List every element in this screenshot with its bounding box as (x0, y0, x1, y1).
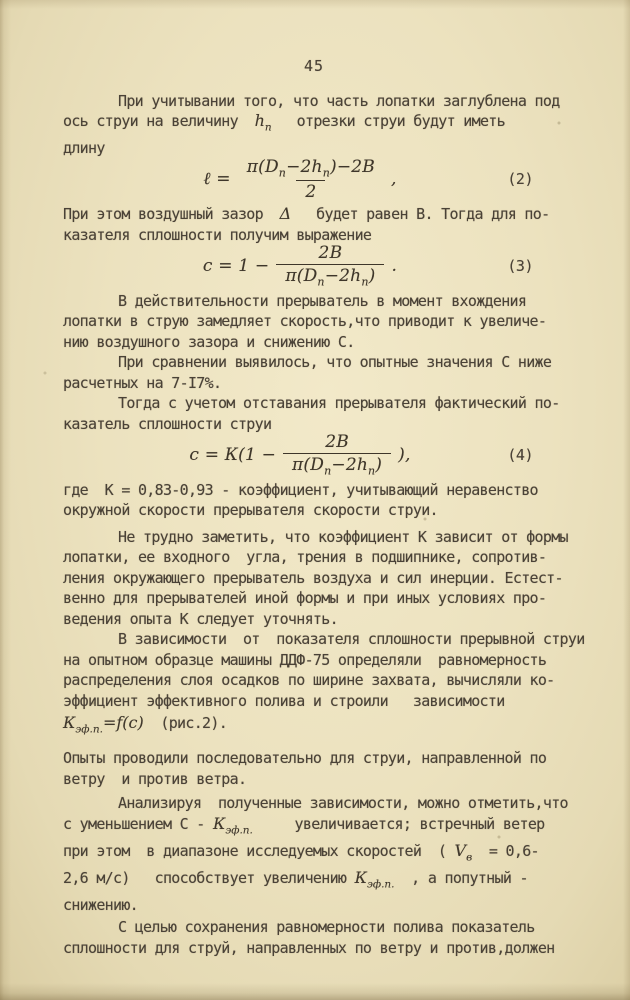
text-line: ведения опыта К следует уточнять. (63, 609, 565, 630)
paragraph: При этом воздушный зазор Δ будет равен В… (63, 204, 565, 245)
text-segment: (рис.2). (144, 714, 227, 732)
paragraph: При учитывании того, что часть лопатки з… (63, 91, 565, 159)
equation-number: (4) (507, 446, 533, 464)
math-subscript: п (324, 465, 331, 478)
text-line: Тогда с учетом отставания прерывателя фа… (63, 393, 565, 414)
text-line: на опытном образце машины ДДФ-75 определ… (63, 650, 565, 671)
equation-4: c = К(1 − 2В π(Dп−2hп) ), (4) (63, 432, 565, 478)
math-fc: =f(с) (103, 713, 144, 732)
math-symbol-k-ef: Кэф.п. (355, 868, 395, 887)
math-term: π(D (292, 455, 324, 475)
math-subscript: эф.п. (367, 878, 395, 890)
text-line: эффициент эффективного полива и строили … (63, 691, 565, 712)
paragraph: Тогда с учетом отставания прерывателя фа… (63, 393, 565, 434)
text-segment: увеличивается; встречный ветер (253, 815, 545, 833)
fraction-denominator: 2 (296, 180, 325, 202)
math-term: −2h (331, 455, 368, 475)
math-subscript: п (317, 276, 324, 289)
equation-body: c = 1 − 2В π(Dп−2hп) . (203, 243, 397, 289)
text-line: ления окружающего прерыватель воздуха и … (63, 568, 565, 589)
fraction: π(Dп−2hп)−2В 2 (238, 157, 384, 203)
fraction: 2В π(Dп−2hп) (283, 432, 391, 478)
equation-lhs: ℓ = (203, 169, 230, 189)
text-segment: , а попутный - (395, 869, 528, 887)
text-line: венно для прерывателей иной формы и при … (63, 588, 565, 609)
fraction-numerator: 2В (310, 243, 352, 264)
math-term: ) (369, 266, 376, 286)
text-segment: при этом в диапазоне исследуемых скорост… (63, 842, 455, 860)
text-line: распределения слоя осадков по ширине зах… (63, 670, 565, 691)
equation-2: ℓ = π(Dп−2hп)−2В 2 , (2) (63, 157, 565, 203)
fraction-denominator: π(Dп−2hп) (283, 453, 391, 478)
math-term: ) (375, 455, 382, 475)
paragraph: Анализируя полученные зависимости, можно… (63, 793, 565, 915)
text-segment: 2,6 м/с) способствует увеличению (63, 869, 355, 887)
math-subscript: п (265, 122, 272, 134)
equation-tail: . (391, 256, 397, 276)
equation-3: c = 1 − 2В π(Dп−2hп) . (3) (63, 243, 565, 289)
text-segment: отрезки струи будут иметь (272, 112, 505, 130)
text-line: При этом воздушный зазор Δ будет равен В… (63, 204, 565, 225)
document-page: 45 При учитывании того, что часть лопатк… (0, 0, 630, 1000)
text-line: В действительности прерыватель в момент … (63, 291, 565, 312)
equation-body: ℓ = π(Dп−2hп)−2В 2 , (203, 157, 396, 203)
text-line: нию воздушного зазора и снижению С. (63, 332, 565, 353)
text-line: лопатки, ее входного угла, трения в подш… (63, 547, 565, 568)
text-segment: = 0,6- (472, 842, 539, 860)
text-line: В зависимости от показателя сплошности п… (63, 629, 565, 650)
equation-tail: ), (398, 445, 410, 465)
math-subscript: п (279, 166, 286, 179)
text-segment: При этом воздушный зазор (63, 205, 280, 223)
paragraph: Опыты проводили последовательно для стру… (63, 748, 565, 789)
text-line: снижению. (63, 895, 565, 916)
fraction-numerator: π(Dп−2hп)−2В (238, 157, 384, 181)
text-line: 2,6 м/с) способствует увеличению Кэф.п. … (63, 868, 565, 895)
text-line: С целью сохранения равномерности полива … (63, 917, 565, 938)
math-base: К (63, 713, 75, 732)
fraction-numerator: 2В (316, 432, 358, 453)
paper-specks (0, 0, 2, 2)
math-subscript: эф.п. (75, 724, 103, 736)
text-segment: будет равен В. Тогда для по- (291, 205, 549, 223)
fraction: 2В π(Dп−2hп) (276, 243, 384, 289)
text-segment: ось струи на величину (63, 112, 255, 130)
math-base: К (355, 868, 367, 887)
math-symbol-h-p: hп (255, 111, 272, 130)
equation-body: c = К(1 − 2В π(Dп−2hп) ), (189, 432, 410, 478)
text-line: где К = 0,83-0,93 - коэффициент, учитыва… (63, 480, 565, 501)
text-line: При учитывании того, что часть лопатки з… (63, 91, 565, 112)
math-base: h (255, 111, 265, 130)
math-base: V (455, 841, 467, 860)
paragraph: С целью сохранения равномерности полива … (63, 917, 565, 958)
text-line: казателя сплошности получим выражение (63, 225, 565, 246)
math-subscript: п (368, 465, 375, 478)
delta-symbol: Δ (280, 204, 292, 223)
text-line: Кэф.п.=f(с) (рис.2). (63, 713, 565, 740)
text-line: сплошности для струй, направленных по ве… (63, 938, 565, 959)
text-line: с уменьшением С - Кэф.п. увеличивается; … (63, 814, 565, 841)
text-line: лопатки в струю замедляет скорость,что п… (63, 311, 565, 332)
equation-number: (2) (507, 170, 533, 188)
paragraph: где К = 0,83-0,93 - коэффициент, учитыва… (63, 480, 565, 521)
equation-number: (3) (507, 257, 533, 275)
text-line: окружной скорости прерывателя скорости с… (63, 500, 565, 521)
math-term: −2h (286, 157, 323, 177)
math-term: )−2В (330, 157, 375, 177)
equation-lhs: c = 1 − (203, 256, 269, 276)
text-segment: с уменьшением С - (63, 815, 213, 833)
paragraph: В зависимости от показателя сплошности п… (63, 629, 565, 740)
math-symbol-k-ef: Кэф.п. (213, 814, 253, 833)
text-line: при этом в диапазоне исследуемых скорост… (63, 841, 565, 868)
paragraph: В действительности прерыватель в момент … (63, 291, 565, 353)
page-number: 45 (63, 56, 565, 77)
math-term: π(D (247, 157, 279, 177)
text-line: Опыты проводили последовательно для стру… (63, 748, 565, 769)
math-base: К (213, 814, 225, 833)
text-line: Анализируя полученные зависимости, можно… (63, 793, 565, 814)
math-symbol-k-ef: Кэф.п. (63, 713, 103, 732)
text-line: ось струи на величину hп отрезки струи б… (63, 111, 565, 138)
math-subscript: п (361, 276, 368, 289)
text-line: казатель сплошности струи (63, 414, 565, 435)
math-subscript: п (323, 166, 330, 179)
text-line: расчетных на 7-I7%. (63, 373, 565, 394)
text-line: Не трудно заметить, что коэффициент К за… (63, 527, 565, 548)
math-symbol-v-b: Vв (455, 841, 473, 860)
fraction-denominator: π(Dп−2hп) (276, 264, 384, 289)
math-subscript: эф.п. (225, 824, 253, 836)
text-block: 45 При учитывании того, что часть лопатк… (63, 56, 565, 958)
text-line: При сравнении выявилось, что опытные зна… (63, 352, 565, 373)
math-term: π(D (285, 266, 317, 286)
text-line: ветру и против ветра. (63, 769, 565, 790)
equation-lhs: c = К(1 − (189, 445, 276, 465)
math-term: −2h (325, 266, 362, 286)
equation-tail: , (391, 169, 397, 189)
paragraph: Не трудно заметить, что коэффициент К за… (63, 527, 565, 630)
text-line: длину (63, 138, 565, 159)
paragraph: При сравнении выявилось, что опытные зна… (63, 352, 565, 393)
